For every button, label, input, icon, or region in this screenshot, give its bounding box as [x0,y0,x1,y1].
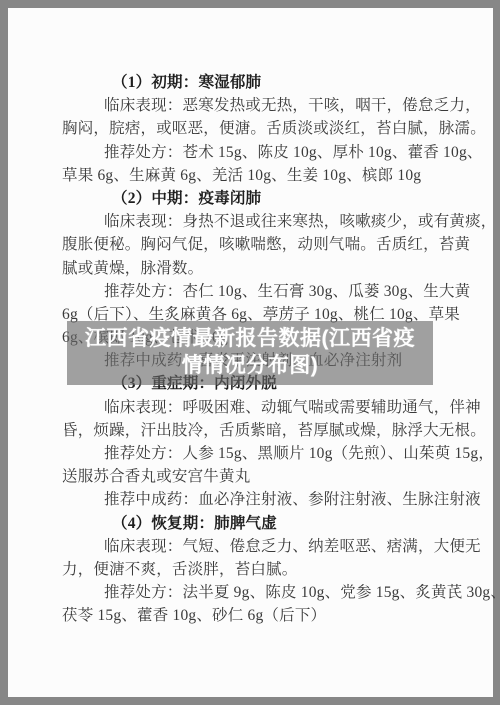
doc-line: 临床表现：恶寒发热或无热，干咳，咽干，倦怠乏力， [62,94,440,117]
doc-line: 腻或黄燥，脉滑数。 [62,257,440,280]
doc-heading-stage4: （4）恢复期：肺脾气虚 [62,512,440,535]
doc-line: 推荐中成药：血必净注射液、参附注射液、生脉注射液 [62,488,440,511]
doc-line: 临床表现：气短、倦怠乏力、纳差呕恶、痞满，大便无 [62,535,440,558]
doc-line: 推荐处方：法半夏 9g、陈皮 10g、党参 15g、炙黄芪 30g、 [62,581,440,604]
title-banner-overlay: 江西省疫情最新报告数据(江西省疫 情情况分布图) [67,321,433,385]
doc-line: 临床表现：呼吸困难、动辄气喘或需要辅助通气，伴神 [62,396,440,419]
doc-line: 力，便溏不爽，舌淡胖，苔白腻。 [62,558,440,581]
page-background: { "theme": { "outer_background": "#87878… [0,0,500,705]
doc-line: 送服苏合香丸或安宫牛黄丸 [62,465,440,488]
doc-line: 昏，烦躁，汗出肢冷，舌质紫暗，苔厚腻或燥，脉浮大无根。 [62,419,440,442]
doc-line: 推荐处方：人参 15g、黑顺片 10g（先煎）、山茱萸 15g， [62,442,440,465]
doc-heading-stage1: （1）初期：寒湿郁肺 [62,71,440,94]
doc-line: 推荐处方：苍术 15g、陈皮 10g、厚朴 10g、藿香 10g、 [62,141,440,164]
doc-line: 茯苓 15g、藿香 10g、砂仁 6g（后下） [62,604,440,627]
doc-line: 推荐处方：杏仁 10g、生石膏 30g、瓜蒌 30g、生大黄 [62,280,440,303]
doc-line: 草果 6g、生麻黄 6g、羌活 10g、生姜 10g、槟郎 10g [62,164,440,187]
doc-heading-stage2: （2）中期：疫毒闭肺 [62,187,440,210]
doc-line: 腹胀便秘。胸闷气促，咳嗽喘憋，动则气喘。舌质红，苔黄 [62,233,440,256]
banner-title-line2: 情情况分布图) [67,352,433,379]
banner-title-line1: 江西省疫情最新报告数据(江西省疫 [67,325,433,352]
doc-line: 胸闷，脘痞，或呕恶，便溏。舌质淡或淡红，苔白腻，脉濡。 [62,117,440,140]
doc-line: 临床表现：身热不退或往来寒热，咳嗽痰少，或有黄痰， [62,210,440,233]
